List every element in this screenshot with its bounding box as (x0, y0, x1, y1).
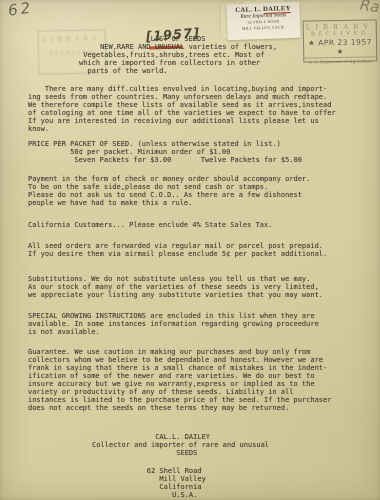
scanned-seed-list-page: 62 [1957] Ra LIBRARY RECEIVED CAL. L. DA… (0, 0, 380, 500)
typed-growing-note: SPECIAL GROWING INSTRUCTIONS are enclude… (28, 312, 319, 336)
typed-payment-section: Payment in the form of check or money or… (28, 175, 310, 207)
handwritten-page-number: 62 (7, 0, 34, 20)
typed-price-section: PRICE PER PACKET OF SEED. (unless otherw… (28, 140, 302, 164)
typed-intro-paragraph: There are many diff.culties envolved in … (28, 85, 336, 133)
typed-address-block: 62 Shell Road Mill Valley California U.S… (92, 467, 206, 499)
stamp-date-line: ★ APR 23 1957 ★ (304, 37, 376, 56)
handwritten-initials: Ra (359, 0, 380, 16)
typed-substitutions: Substitutions. We do not substitute unle… (28, 275, 323, 299)
typed-guarantee: Guarantee. We use caution in making our … (28, 348, 331, 412)
stamp-agency-line: U. S. Department of Agriculture (304, 56, 376, 65)
typed-orders-section: All seed orders are forwarded via regula… (28, 242, 327, 258)
typed-title-block: LIST OF SEEDS NEW,RARE AND UNUSUAL varie… (79, 35, 277, 75)
typed-signature-block: CAL.L. DAILEY Collector and importer of … (92, 433, 269, 457)
label-city: MILL VALLEY, CALIF. (227, 24, 300, 32)
typed-california-note: California Customers... Please enclude 4… (28, 221, 272, 229)
library-received-stamp: LIBRARY RECEIVED ★ APR 23 1957 ★ U. S. D… (303, 19, 378, 62)
